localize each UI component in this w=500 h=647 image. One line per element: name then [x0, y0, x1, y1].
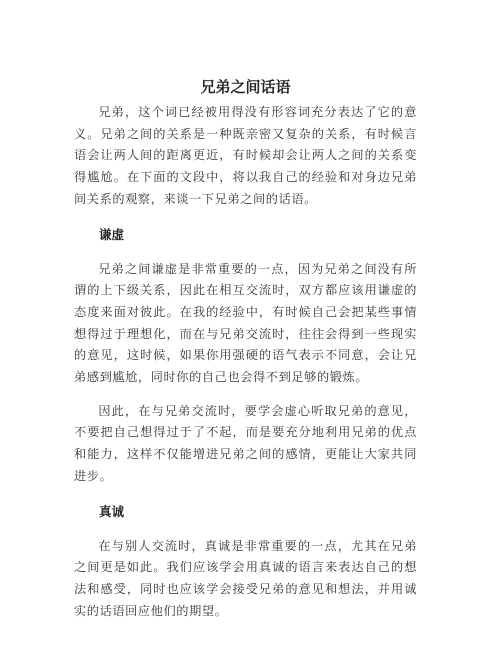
sincerity-paragraph-1: 在与别人交流时，真诚是非常重要的一点，尤其在兄弟之间更是如此。我们应该学会用真诚…: [74, 536, 417, 623]
section-heading-humility: 谦虚: [74, 225, 417, 245]
document-page: 兄弟之间话语 兄弟，这个词已经被用得没有形容词充分表达了它的意义。兄弟之间的关系…: [74, 76, 417, 622]
section-heading-sincerity: 真诚: [74, 502, 417, 522]
paragraph-gap: [74, 389, 417, 401]
document-title: 兄弟之间话语: [74, 76, 417, 98]
humility-paragraph-2: 因此，在与兄弟交流时，要学会虚心听取兄弟的意见，不要把自己想得过于了不起，而是要…: [74, 401, 417, 488]
intro-paragraph: 兄弟，这个词已经被用得没有形容词充分表达了它的意义。兄弟之间的关系是一种既亲密又…: [74, 102, 417, 211]
humility-paragraph-1: 兄弟之间谦虚是非常重要的一点，因为兄弟之间没有所谓的上下级关系，因此在相互交流时…: [74, 259, 417, 389]
